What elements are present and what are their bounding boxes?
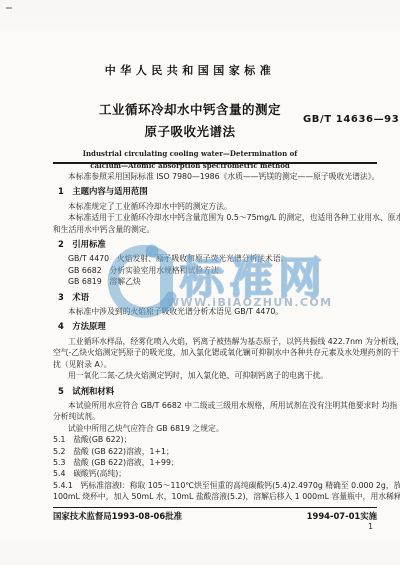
section-3-line: 本标准中涉及到的火焰原子吸收光谱分析术语见 GB/T 4470。 bbox=[53, 306, 385, 317]
approval-note: 国家技术监督局1993-08-06批准 bbox=[53, 510, 182, 522]
scan-speck bbox=[6, 7, 12, 9]
section-5-line: 本试验所用水应符合 GB/T 6682 中二级或三级用水规格，所用试剂在没有注明… bbox=[53, 400, 385, 411]
authority-line: 中华人民共和国国家标准 bbox=[40, 62, 340, 78]
clause-5-4: 5.4 碳酸钙(高纯)； bbox=[53, 468, 385, 479]
section-5-line: 试验中所用乙炔气应符合 GB 6819 之规定。 bbox=[53, 423, 385, 434]
standard-number: GB/T 14636—93 bbox=[303, 114, 399, 125]
implementation-note: 1994-07-01实施 bbox=[307, 510, 377, 522]
section-5-line: 分析纯试剂。 bbox=[53, 411, 385, 422]
document-title-line1: 工业循环冷却水中钙含量的测定 bbox=[40, 100, 340, 118]
document-title-line2: 原子吸收光谱法 bbox=[40, 122, 340, 140]
english-title: Industrial circulating cooling water—Det… bbox=[40, 148, 340, 172]
standard-document-page: 中华人民共和国国家标准 工业循环冷却水中钙含量的测定 原子吸收光谱法 Indus… bbox=[0, 0, 400, 565]
section-2-heading: 2 引用标准 bbox=[53, 239, 385, 250]
section-2-line: GB 6682 分析实验室用水规格和试验方法 bbox=[53, 265, 385, 276]
document-footer: 国家技术监督局1993-08-06批准 1994-07-01实施 bbox=[53, 510, 377, 522]
header-divider-rule bbox=[53, 162, 377, 164]
english-title-line1: Industrial circulating cooling water—Det… bbox=[40, 148, 340, 160]
clause-5-2: 5.2 盐酸 (GB 622)溶液，1+1； bbox=[53, 446, 385, 457]
section-4-line: 扰（见附录 A）。 bbox=[53, 359, 385, 370]
section-4-heading: 4 方法原理 bbox=[53, 321, 385, 332]
section-1-line: 本标准适用于工业循环冷却水中钙含量范围为 0.5～75mg/L 的测定，也适用各… bbox=[53, 212, 385, 223]
section-2-line: GB 6819 溶解乙炔 bbox=[53, 276, 385, 287]
clause-5-4-1-continued: 100mL 烧杯中，加入 50mL 水，10mL 盐酸溶液(5.2)，溶解后移入… bbox=[53, 491, 385, 502]
section-5-heading: 5 试剂和材料 bbox=[53, 386, 385, 397]
document-header: 中华人民共和国国家标准 工业循环冷却水中钙含量的测定 原子吸收光谱法 Indus… bbox=[40, 62, 340, 172]
section-4-line: 空气-乙炔火焰测定钙原子的吸光度，加入氯化锶或氧化镧可抑制水中各种共存元素及水处… bbox=[53, 347, 385, 358]
document-body: 本标准参照采用国际标准 ISO 7980—1986《水质——钙镁的测定——原子吸… bbox=[53, 171, 385, 503]
section-1-heading: 1 主题内容与适用范围 bbox=[53, 186, 385, 197]
footer-divider-rule bbox=[53, 507, 377, 508]
page-number: 1 bbox=[368, 522, 373, 531]
clause-5-3: 5.3 盐酸 (GB 622)溶液，1+99； bbox=[53, 457, 385, 468]
section-3-heading: 3 术语 bbox=[53, 292, 385, 303]
section-1-line: 和生活用水中钙含量的测定。 bbox=[53, 224, 385, 235]
section-4-line: 工业循环水样品，经雾化喷入火焰，钙离子被热解为基态原子，以钙共振线 422.7n… bbox=[53, 336, 385, 347]
section-2-line: GB/T 4470 火焰发射、原子吸收和原子荧光光谱分析法术语。 bbox=[53, 253, 385, 264]
section-1-line: 本标准规定了工业循环冷却水中钙的测定方法。 bbox=[53, 201, 385, 212]
section-4-line: 用一氧化二氮-乙炔火焰测定钙时，加入氯化铯，可抑制钙离子的电离干扰。 bbox=[53, 370, 385, 381]
clause-5-1: 5.1 盐酸(GB 622)； bbox=[53, 434, 385, 445]
intro-paragraph: 本标准参照采用国际标准 ISO 7980—1986《水质——钙镁的测定——原子吸… bbox=[53, 171, 385, 182]
clause-5-4-1: 5.4.1 钙标准溶液Ⅰ：称取 105～110℃烘至恒重的高纯碳酸钙(5.4)2… bbox=[53, 480, 385, 491]
